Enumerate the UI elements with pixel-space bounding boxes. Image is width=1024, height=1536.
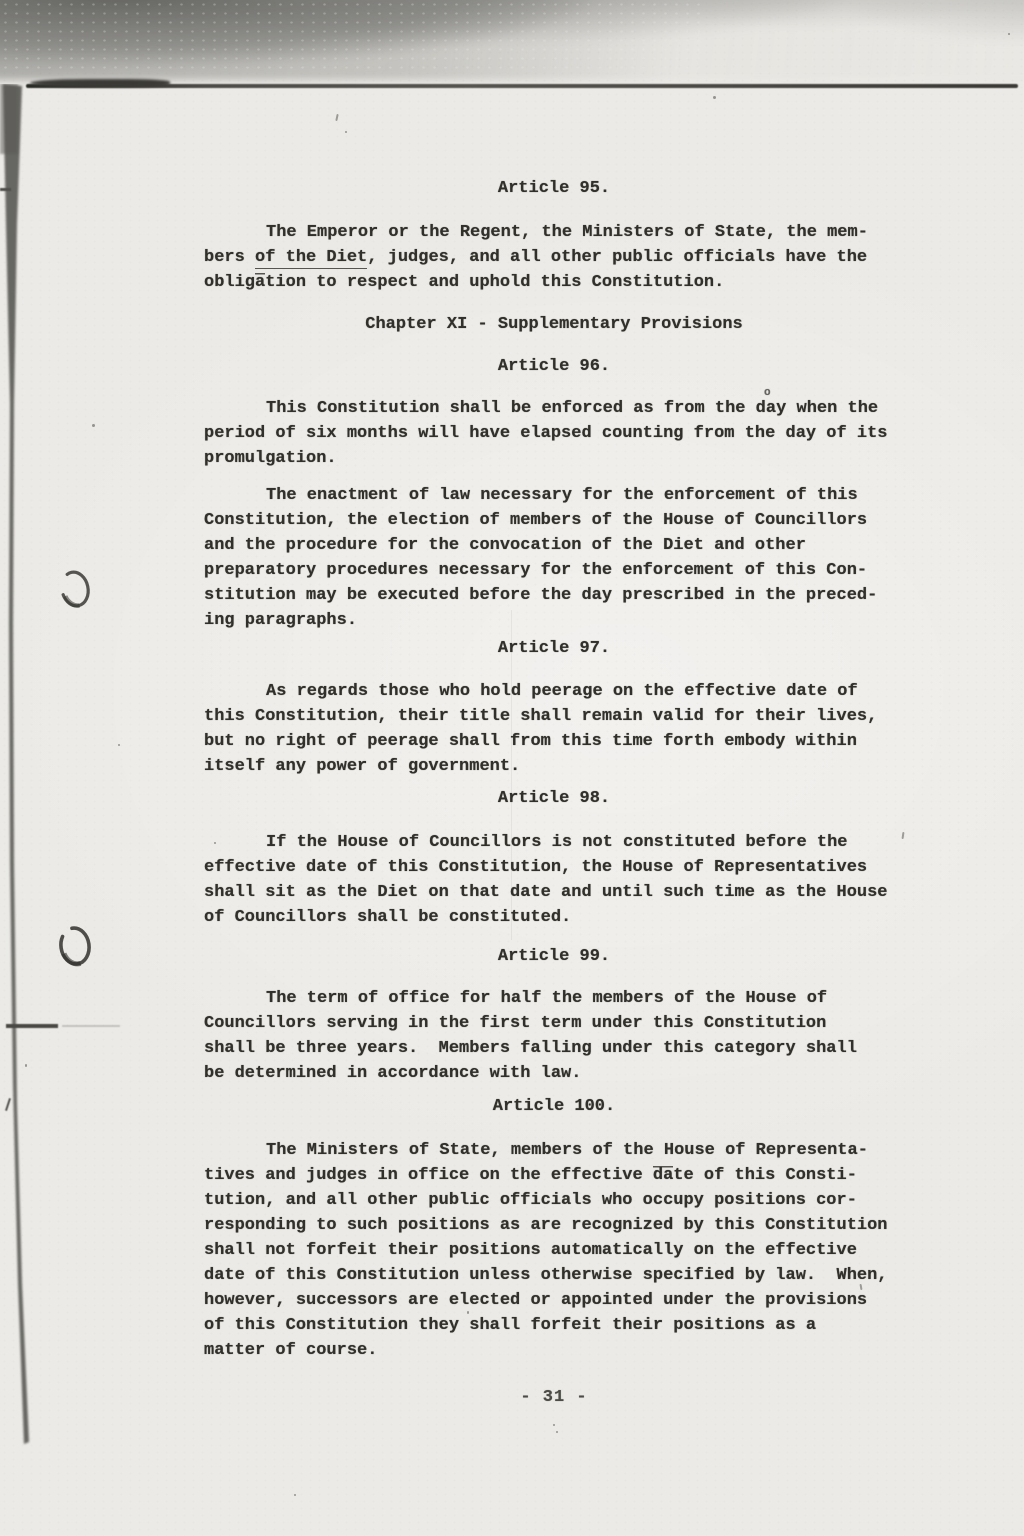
text-line: tives and judges in office on the effect… <box>204 1163 904 1188</box>
article-98-paragraph: If the House of Councillors is not const… <box>204 830 904 930</box>
text-line: matter of course. <box>204 1338 904 1363</box>
article-97-heading: Article 97. <box>204 636 904 661</box>
article-98-heading: Article 98. <box>204 786 904 811</box>
text-line: The term of office for half the members … <box>204 986 904 1011</box>
article-96-paragraph-2: The enactment of law necessary for the e… <box>204 483 904 633</box>
text-line: The Ministers of State, members of the H… <box>204 1138 904 1163</box>
scan-speck <box>1008 33 1010 35</box>
text-segment: oblig <box>204 273 255 292</box>
text-line: The Emperor or the Regent, the Ministers… <box>204 220 904 245</box>
page-number: - 31 - <box>204 1385 904 1410</box>
article-96-paragraph-1: This Constitution shall be enforced as f… <box>204 396 904 471</box>
scan-speck <box>118 744 120 746</box>
text-line: this Constitution, their title shall rem… <box>204 704 904 729</box>
article-96-heading: Article 96. <box>204 354 904 379</box>
text-line: responding to such positions as are reco… <box>204 1213 904 1238</box>
text-line: preparatory procedures necessary for the… <box>204 558 904 583</box>
text-segment: tion to respect and uphold this Constitu… <box>265 273 724 292</box>
text-segment: , judges, and all other public officials… <box>367 248 867 267</box>
underlined-text: of the Diet <box>255 248 367 269</box>
stray-ink-mark: o <box>764 381 771 406</box>
text-line: however, successors are elected or appoi… <box>204 1288 904 1313</box>
text-line: obligation to respect and uphold this Co… <box>204 270 904 295</box>
page-left-edge-line <box>0 84 36 1452</box>
text-segment: bers <box>204 248 255 267</box>
text-line: shall be three years. Members falling un… <box>204 1036 904 1061</box>
article-97-paragraph: As regards those who hold peerage on the… <box>204 679 904 779</box>
scan-speck <box>25 1064 27 1067</box>
margin-cross-mark <box>6 1024 58 1028</box>
text-line: The enactment of law necessary for the e… <box>204 483 904 508</box>
text-line: but no right of peerage shall from this … <box>204 729 904 754</box>
article-99-paragraph: The term of office for half the members … <box>204 986 904 1086</box>
margin-tick-mark <box>0 188 11 191</box>
text-line: Constitution, the election of members of… <box>204 508 904 533</box>
document-body: Article 95. The Emperor or the Regent, t… <box>204 0 904 1536</box>
scan-speck <box>92 424 95 427</box>
text-line: and the procedure for the convocation of… <box>204 533 904 558</box>
text-line: As regards those who hold peerage on the… <box>204 679 904 704</box>
punch-hole-mark <box>56 922 96 972</box>
punch-hole-mark <box>57 566 95 614</box>
article-99-heading: Article 99. <box>204 944 904 969</box>
text-line: date of this Constitution unless otherwi… <box>204 1263 904 1288</box>
article-95-heading: Article 95. <box>204 176 904 201</box>
text-line: This Constitution shall be enforced as f… <box>204 396 904 421</box>
margin-cross-mark-faint <box>62 1025 120 1027</box>
text-line: of Councillors shall be constituted. <box>204 905 904 930</box>
text-line: tution, and all other public officials w… <box>204 1188 904 1213</box>
text-segment: te of this Consti- <box>673 1166 857 1185</box>
page-top-edge-cap <box>30 79 170 87</box>
chapter-heading: Chapter XI - Supplementary Provisions <box>204 312 904 337</box>
text-line: stitution may be executed before the day… <box>204 583 904 608</box>
article-95-paragraph: The Emperor or the Regent, the Ministers… <box>204 220 904 295</box>
text-line: effective date of this Constitution, the… <box>204 855 904 880</box>
text-line: ing paragraphs. <box>204 608 904 633</box>
text-line: Councillors serving in the first term un… <box>204 1011 904 1036</box>
text-line: be determined in accordance with law. <box>204 1061 904 1086</box>
text-line: promulgation. <box>204 446 904 471</box>
text-line: bers of the Diet, judges, and all other … <box>204 245 904 270</box>
text-line: itself any power of government. <box>204 754 904 779</box>
text-line: period of six months will have elapsed c… <box>204 421 904 446</box>
text-line: shall not forfeit their positions automa… <box>204 1238 904 1263</box>
text-line: shall sit as the Diet on that date and u… <box>204 880 904 905</box>
overlined-text: a <box>255 273 265 292</box>
text-segment: tives and judges in office on the effect… <box>204 1166 653 1185</box>
article-100-heading: Article 100. <box>204 1094 904 1119</box>
text-line: If the House of Councillors is not const… <box>204 830 904 855</box>
article-100-paragraph: The Ministers of State, members of the H… <box>204 1138 904 1363</box>
overlined-text: da <box>653 1166 673 1185</box>
text-line: of this Constitution they shall forfeit … <box>204 1313 904 1338</box>
